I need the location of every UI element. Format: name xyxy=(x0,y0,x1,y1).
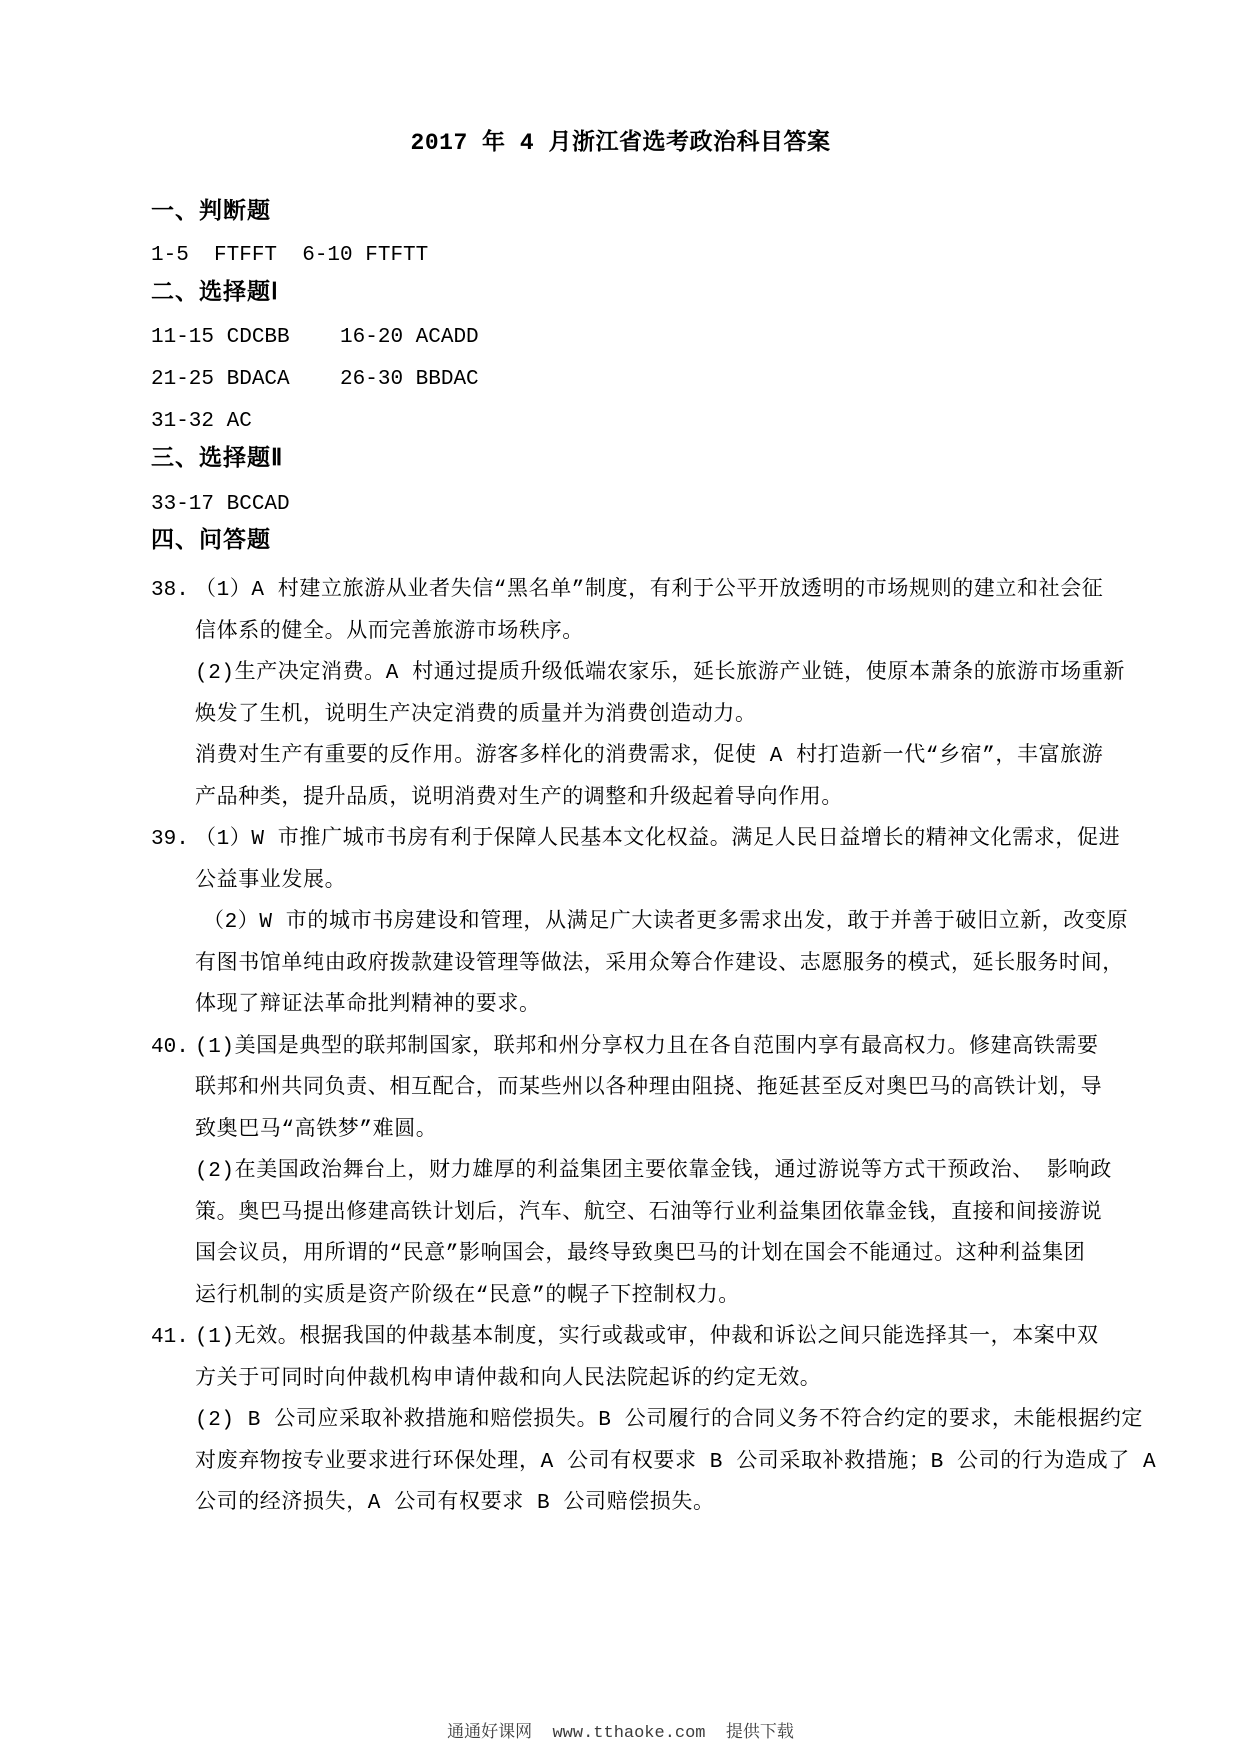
answer-text: 对废弃物按专业要求进行环保处理，A 公司有权要求 B 公司采取补救措施；B 公司… xyxy=(195,1451,1156,1474)
answer-text: 致奥巴马“高铁梦”难圆。 xyxy=(195,1119,437,1142)
answer-text: 联邦和州共同负责、相互配合，而某些州以各种理由阻挠、拖延甚至反对奥巴马的高铁计划… xyxy=(195,1077,1102,1100)
answer-text: 公司的经济损失，A 公司有权要求 B 公司赔偿损失。 xyxy=(195,1492,715,1515)
answer-key-row: 11-15 CDCBB 16-20 ACADD xyxy=(151,326,479,350)
answer-line: 策。奥巴马提出修建高铁计划后，汽车、航空、石油等行业利益集团依靠金钱，直接和间接… xyxy=(151,1193,1131,1235)
answer-line: 39.（1）W 市推广城市书房有利于保障人民基本文化权益。满足人民日益增长的精神… xyxy=(151,819,1131,861)
answer-line: (2)生产决定消费。A 村通过提质升级低端农家乐，延长旅游产业链，使原本萧条的旅… xyxy=(151,653,1131,695)
answer-line: 联邦和州共同负责、相互配合，而某些州以各种理由阻挠、拖延甚至反对奥巴马的高铁计划… xyxy=(151,1068,1131,1110)
answer-line: （2）W 市的城市书房建设和管理，从满足广大读者更多需求出发，敢于并善于破旧立新… xyxy=(151,902,1131,944)
answer-line: 消费对生产有重要的反作用。游客多样化的消费需求，促使 A 村打造新一代“乡宿”，… xyxy=(151,736,1131,778)
question-number: 40. xyxy=(151,1027,189,1069)
answer-text: 国会议员，用所谓的“民意”影响国会，最终导致奥巴马的计划在国会不能通过。这种利益… xyxy=(195,1243,1085,1266)
answer-line: 运行机制的实质是资产阶级在“民意”的幌子下控制权力。 xyxy=(151,1276,1131,1318)
section-heading-choice1: 二、选择题Ⅰ xyxy=(151,281,279,306)
answer-text: 焕发了生机，说明生产决定消费的质量并为消费创造动力。 xyxy=(195,704,757,727)
answer-text: (2)生产决定消费。A 村通过提质升级低端农家乐，延长旅游产业链，使原本萧条的旅… xyxy=(195,662,1125,685)
answer-line: 对废弃物按专业要求进行环保处理，A 公司有权要求 B 公司采取补救措施；B 公司… xyxy=(151,1442,1131,1484)
section-heading-qa: 四、问答题 xyxy=(151,529,271,554)
answer-text: （1）W 市推广城市书房有利于保障人民基本文化权益。满足人民日益增长的精神文化需… xyxy=(195,828,1120,851)
answer-text: 公益事业发展。 xyxy=(195,870,346,893)
answer-line: 致奥巴马“高铁梦”难圆。 xyxy=(151,1110,1131,1152)
answer-line: 公司的经济损失，A 公司有权要求 B 公司赔偿损失。 xyxy=(151,1483,1131,1525)
answer-line: 有图书馆单纯由政府拨款建设管理等做法，采用众筹合作建设、志愿服务的模式，延长服务… xyxy=(151,944,1131,986)
answer-text: (2) B 公司应采取补救措施和赔偿损失。B 公司履行的合同义务不符合约定的要求… xyxy=(195,1409,1143,1432)
answer-text: (2)在美国政治舞台上，财力雄厚的利益集团主要依靠金钱，通过游说等方式干预政治、… xyxy=(195,1160,1112,1183)
section-heading-judge: 一、判断题 xyxy=(151,200,271,225)
answer-line: 焕发了生机，说明生产决定消费的质量并为消费创造动力。 xyxy=(151,695,1131,737)
answer-text: (1)无效。根据我国的仲裁基本制度，实行或裁或审，仲裁和诉讼之间只能选择其一，本… xyxy=(195,1326,1099,1349)
answer-text: 产品种类，提升品质，说明消费对生产的调整和升级起着导向作用。 xyxy=(195,787,843,810)
answer-text: （1）A 村建立旅游从业者失信“黑名单”制度，有利于公平开放透明的市场规则的建立… xyxy=(195,579,1103,602)
answer-line: 41.(1)无效。根据我国的仲裁基本制度，实行或裁或审，仲裁和诉讼之间只能选择其… xyxy=(151,1317,1131,1359)
answer-line: (2) B 公司应采取补救措施和赔偿损失。B 公司履行的合同义务不符合约定的要求… xyxy=(151,1400,1131,1442)
answer-text: 有图书馆单纯由政府拨款建设管理等做法，采用众筹合作建设、志愿服务的模式，延长服务… xyxy=(195,953,1124,976)
page-title: 2017 年 4 月浙江省选考政治科目答案 xyxy=(0,130,1241,158)
answer-key-row: 31-32 AC xyxy=(151,410,252,434)
answer-text: (1)美国是典型的联邦制国家，联邦和州分享权力且在各自范围内享有最高权力。修建高… xyxy=(195,1036,1099,1059)
question-number: 39. xyxy=(151,819,189,861)
answer-text: 运行机制的实质是资产阶级在“民意”的幌子下控制权力。 xyxy=(195,1285,740,1308)
answer-key-choice2: 33-17 BCCAD xyxy=(151,493,290,517)
answer-text: 消费对生产有重要的反作用。游客多样化的消费需求，促使 A 村打造新一代“乡宿”，… xyxy=(195,745,1103,768)
answer-key-judge: 1-5 FTFFT 6-10 FTFTT xyxy=(151,244,428,268)
answer-text: 信体系的健全。从而完善旅游市场秩序。 xyxy=(195,621,584,644)
answer-line: 信体系的健全。从而完善旅游市场秩序。 xyxy=(151,612,1131,654)
answer-line: (2)在美国政治舞台上，财力雄厚的利益集团主要依靠金钱，通过游说等方式干预政治、… xyxy=(151,1151,1131,1193)
answer-text: 方关于可同时向仲裁机构申请仲裁和向人民法院起诉的约定无效。 xyxy=(195,1368,821,1391)
answer-line: 38.（1）A 村建立旅游从业者失信“黑名单”制度，有利于公平开放透明的市场规则… xyxy=(151,570,1131,612)
answer-line: 方关于可同时向仲裁机构申请仲裁和向人民法院起诉的约定无效。 xyxy=(151,1359,1131,1401)
question-number: 38. xyxy=(151,570,189,612)
answer-line: 国会议员，用所谓的“民意”影响国会，最终导致奥巴马的计划在国会不能通过。这种利益… xyxy=(151,1234,1131,1276)
question-number: 41. xyxy=(151,1317,189,1359)
answer-line: 公益事业发展。 xyxy=(151,861,1131,903)
answer-text: 策。奥巴马提出修建高铁计划后，汽车、航空、石油等行业利益集团依靠金钱，直接和间接… xyxy=(195,1202,1102,1225)
answer-line: 产品种类，提升品质，说明消费对生产的调整和升级起着导向作用。 xyxy=(151,778,1131,820)
footer-watermark: 通通好课网 www.tthaoke.com 提供下载 xyxy=(0,1724,1241,1744)
document-page: 2017 年 4 月浙江省选考政治科目答案 一、判断题 1-5 FTFFT 6-… xyxy=(0,0,1241,1753)
answer-key-row: 21-25 BDACA 26-30 BBDAC xyxy=(151,368,479,392)
essay-answers: 38.（1）A 村建立旅游从业者失信“黑名单”制度，有利于公平开放透明的市场规则… xyxy=(151,570,1131,1525)
answer-line: 体现了辩证法革命批判精神的要求。 xyxy=(151,985,1131,1027)
answer-line: 40.(1)美国是典型的联邦制国家，联邦和州分享权力且在各自范围内享有最高权力。… xyxy=(151,1027,1131,1069)
answer-text: 体现了辩证法革命批判精神的要求。 xyxy=(195,994,541,1017)
section-heading-choice2: 三、选择题Ⅱ xyxy=(151,447,283,472)
answer-text: （2）W 市的城市书房建设和管理，从满足广大读者更多需求出发，敢于并善于破旧立新… xyxy=(203,911,1128,934)
